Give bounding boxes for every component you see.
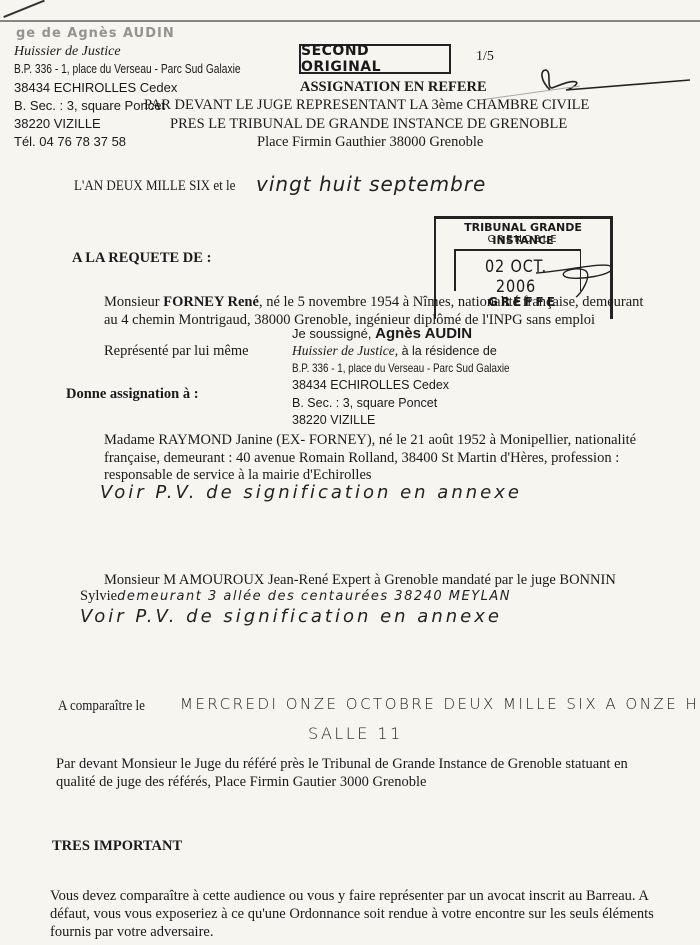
subtitle-line: PRES LE TRIBUNAL DE GRANDE INSTANCE DE G… — [170, 116, 567, 133]
subtitle-line: Place Firmin Gauthier 38000 Grenoble — [257, 134, 483, 151]
defendant2-line2: Sylviedemeurant 3 allée des centaurées 3… — [80, 588, 511, 605]
par-devant-line: Par devant Monsieur le Juge du référé pr… — [56, 756, 628, 773]
huissier-address-line: B. Sec. : 3, square Poncet — [14, 98, 165, 113]
defendant1-handwritten-note: Voir P.V. de signification en annexe — [100, 482, 522, 503]
signatory-name: Agnès AUDIN — [375, 325, 472, 342]
signatory-title-italic: Huissier de Justice, — [292, 343, 398, 358]
huissier-title: Huissier de Justice — [14, 44, 121, 60]
signatory-address-line: B.P. 336 - 1, place du Verseau - Parc Su… — [292, 361, 510, 375]
defendant1-line: Madame RAYMOND Janine (EX- FORNEY), né l… — [104, 432, 636, 449]
defendant1-line: française, demeurant : 40 avenue Romain … — [104, 450, 619, 467]
page-corner-mark — [3, 0, 45, 18]
defendant2-handwritten-address: demeurant 3 allée des centaurées 38240 M… — [117, 589, 511, 604]
signatory-intro-text: Je soussigné, — [292, 326, 375, 341]
plaintiff-prefix: Monsieur — [104, 294, 163, 310]
plaintiff-line: Monsieur FORNEY René, né le 5 novembre 1… — [104, 294, 643, 311]
defendant2-handwritten-note: Voir P.V. de signification en annexe — [80, 606, 502, 627]
important-text-line: fournis par votre adversaire. — [50, 924, 213, 941]
huissier-name-faded: ge de Agnès AUDIN — [16, 26, 175, 41]
document-title: ASSIGNATION EN REFERE — [300, 79, 560, 96]
assignation-heading: Donne assignation à : — [66, 386, 199, 403]
signatory-address-line: B. Sec. : 3, square Poncet — [292, 396, 437, 410]
page-top-edge — [0, 20, 700, 22]
plaintiff-name: FORNEY René — [163, 294, 259, 310]
defendant2-line: Monsieur M AMOUROUX Jean-René Expert à G… — [104, 572, 616, 589]
stamp-label: SECOND ORIGINAL — [301, 43, 449, 75]
comparution-date-handwritten: MERCREDI ONZE OCTOBRE DEUX MILLE SIX A O… — [180, 695, 700, 713]
huissier-phone: Tél. 04 76 78 37 58 — [14, 134, 126, 149]
signatory-title-rest: à la résidence de — [398, 344, 497, 358]
plaintiff-details: , né le 5 novembre 1954 à Nîmes, nationa… — [259, 294, 644, 310]
date-line-printed: L'AN DEUX MILLE SIX et le — [74, 178, 235, 195]
date-line-handwritten: vingt huit septembre — [256, 172, 486, 196]
comparution-room-handwritten: SALLE 11 — [308, 724, 403, 743]
plaintiff-represented: Représenté par lui même — [104, 343, 249, 360]
important-text-line: Vous devez comparaître à cette audience … — [50, 888, 649, 905]
par-devant-line: qualité de juge des référés, Place Firmi… — [56, 774, 426, 791]
signatory-intro: Je soussigné, Agnès AUDIN — [292, 325, 472, 342]
huissier-address-line: 38220 VIZILLE — [14, 116, 101, 131]
comparution-label: A comparaître le — [58, 698, 145, 715]
important-heading: TRES IMPORTANT — [52, 838, 182, 855]
signatory-address-line: 38434 ECHIROLLES Cedex — [292, 378, 449, 392]
second-original-stamp: SECOND ORIGINAL — [299, 44, 451, 74]
requete-heading: A LA REQUETE DE : — [72, 250, 211, 267]
stamp-city: GRENOBLE — [436, 234, 610, 245]
important-text-line: défaut, vous vous exposeriez à ce qu'une… — [50, 906, 654, 923]
subtitle-line: PAR DEVANT LE JUGE REPRESENTANT LA 3ème … — [144, 97, 589, 114]
huissier-address-line: B.P. 336 - 1, place du Verseau - Parc Su… — [14, 62, 241, 76]
huissier-address-line: 38434 ECHIROLLES Cedex — [14, 80, 177, 95]
signatory-address-line: 38220 VIZILLE — [292, 413, 375, 427]
signatory-title: Huissier de Justice, à la résidence de — [292, 343, 497, 359]
defendant2-firstname: Sylvie — [80, 588, 117, 604]
